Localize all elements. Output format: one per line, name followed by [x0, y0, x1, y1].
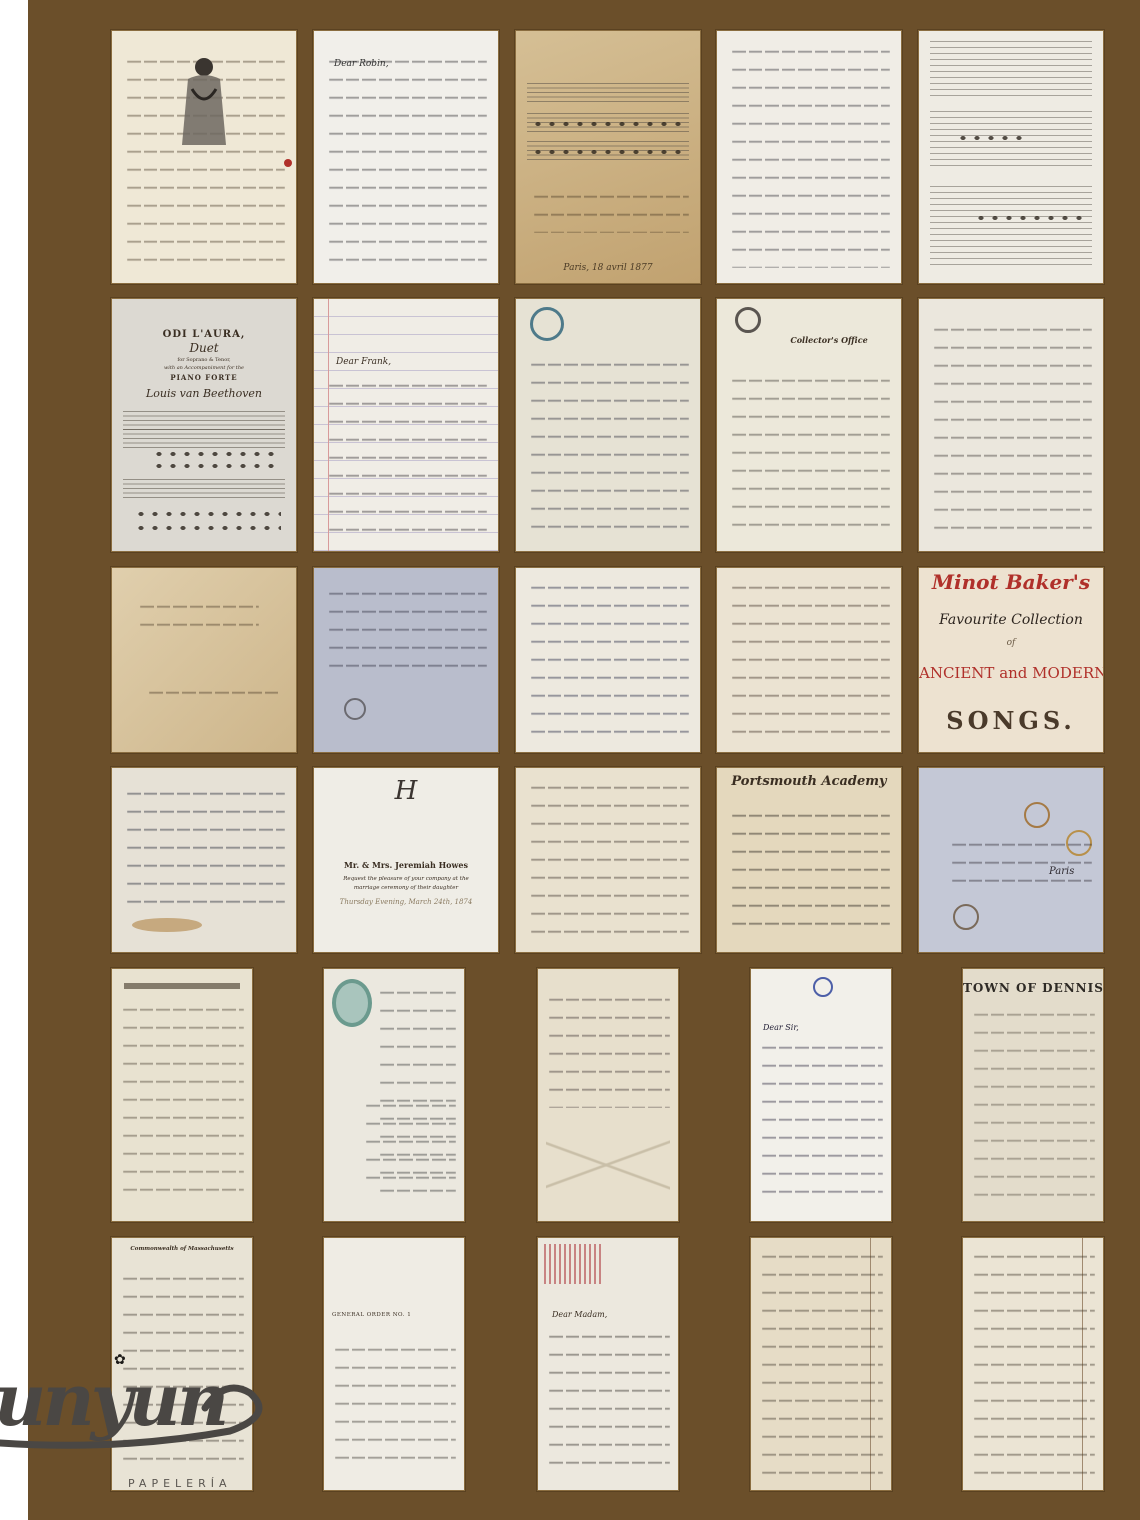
handwriting — [762, 1037, 882, 1206]
stain — [132, 918, 202, 932]
card-portsmouth-academy[interactable]: Portsmouth Academy — [716, 767, 902, 953]
blue-seal-icon — [813, 977, 833, 997]
cover-subtitle: Duet — [112, 341, 296, 355]
music-staff — [930, 41, 1092, 101]
card-letter-dear-frank[interactable]: Dear Frank, — [313, 298, 499, 552]
handwriting — [549, 989, 669, 1107]
card-letter[interactable] — [716, 30, 902, 284]
card-songs-title-page[interactable]: Minot Baker's Favourite Collection of AN… — [918, 567, 1104, 753]
card-verse[interactable] — [515, 767, 701, 953]
handwriting — [549, 1326, 669, 1475]
card-letter[interactable] — [515, 567, 701, 753]
card-music-manuscript[interactable]: Paris, 18 avril 1877 — [515, 30, 701, 284]
music-notes — [956, 131, 1030, 145]
handwriting — [329, 375, 487, 536]
letter-salutation: Dear Frank, — [336, 357, 498, 367]
invitation-line-2: marriage ceremony of their daughter — [314, 885, 498, 891]
handwriting — [531, 577, 689, 741]
red-letterhead-icon — [544, 1244, 602, 1284]
handwriting — [140, 596, 260, 642]
invitation-names: Mr. & Mrs. Jeremiah Howes — [314, 860, 498, 870]
letterhead-title: Collector's Office — [757, 335, 901, 345]
music-staff — [123, 479, 285, 501]
handwriting — [531, 777, 689, 941]
card-envelope-green-stamp[interactable] — [323, 968, 465, 1222]
brand-logo: unyun PAPELERÍA — [0, 1355, 300, 1485]
handwriting — [534, 186, 689, 233]
card-envelope[interactable] — [537, 968, 679, 1222]
newspaper-title: TOWN OF DENNIS. — [963, 981, 1103, 995]
card-ledger[interactable] — [750, 1237, 892, 1491]
blue-seal-icon — [530, 307, 564, 341]
envelope-flap — [546, 1119, 670, 1211]
card-town-of-dennis[interactable]: TOWN OF DENNIS. — [962, 968, 1104, 1222]
title-line-3: of — [919, 638, 1103, 648]
handwriting — [329, 583, 487, 679]
handwriting — [732, 577, 890, 741]
ledger-entries — [974, 1246, 1094, 1483]
music-notes — [974, 211, 1084, 225]
signature-date: Paris, 18 avril 1877 — [516, 263, 700, 273]
invitation-line-1: Request the pleasure of your company at … — [314, 876, 498, 882]
card-letter[interactable] — [716, 567, 902, 753]
handwriting — [732, 805, 890, 941]
postmark-icon — [953, 904, 979, 930]
letter-salutation: Dear Sir, — [763, 1023, 891, 1032]
card-envelope-postmarks[interactable]: Paris — [918, 767, 1104, 953]
cover-composer: Louis van Beethoven — [112, 387, 296, 400]
music-notes — [134, 521, 281, 535]
card-orchestral-score[interactable] — [918, 30, 1104, 284]
card-letter-dear-sir[interactable]: Dear Sir, — [750, 968, 892, 1222]
card-letter-blue[interactable] — [313, 567, 499, 753]
handwriting — [732, 41, 890, 268]
cover-line-1: for Soprano & Tenor, — [112, 357, 296, 363]
title-line-5: SONGS. — [919, 706, 1103, 735]
music-staff — [930, 186, 1092, 266]
handwriting — [531, 354, 689, 535]
handwriting — [934, 319, 1092, 536]
card-envelope-aged[interactable] — [111, 567, 297, 753]
card-letterhead-seal[interactable] — [515, 298, 701, 552]
printed-text — [335, 1339, 455, 1460]
letter-salutation: Dear Madam, — [552, 1310, 678, 1319]
cover-line-3: PIANO FORTE — [112, 373, 296, 382]
title-line-1: Minot Baker's — [919, 570, 1103, 594]
card-sheet-music-cover[interactable]: ODI L'AURA, Duet for Soprano & Tenor, wi… — [111, 298, 297, 552]
manuscript-heading: Portsmouth Academy — [717, 774, 901, 789]
card-document[interactable] — [111, 968, 253, 1222]
handwriting — [732, 370, 890, 536]
handwriting — [123, 999, 243, 1206]
seal-icon — [735, 307, 761, 333]
card-letter[interactable] — [918, 298, 1104, 552]
postmark-icon — [344, 698, 366, 720]
music-notes — [531, 117, 686, 131]
card-poem[interactable] — [111, 767, 297, 953]
card-letter-dear-madam[interactable]: Dear Madam, — [537, 1237, 679, 1491]
logo-script: unyun — [0, 1357, 225, 1442]
music-notes — [531, 145, 686, 159]
ledger-entries — [762, 1246, 882, 1475]
card-general-order[interactable]: GENERAL ORDER NO. 1 — [323, 1237, 465, 1491]
card-ledger[interactable] — [962, 1237, 1104, 1491]
handwriting — [149, 682, 281, 700]
music-notes — [152, 459, 281, 473]
card-letter-dear-robin[interactable]: Dear Robin, — [313, 30, 499, 284]
green-stamp-icon — [332, 979, 372, 1027]
handwriting — [329, 51, 487, 268]
cover-line-2: with an Accompaniment for the — [112, 365, 296, 371]
red-seal-dot — [284, 159, 292, 167]
music-staff — [527, 83, 689, 105]
envelope-address-city: Paris — [1049, 866, 1103, 877]
order-title: GENERAL ORDER NO. 1 — [332, 1312, 464, 1318]
printed-columns — [974, 1004, 1094, 1206]
card-wedding-invitation[interactable]: H Mr. & Mrs. Jeremiah Howes Request the … — [313, 767, 499, 953]
engraved-figure-icon — [174, 49, 234, 149]
notice-title: Commonwealth of Massachusetts — [112, 1246, 252, 1252]
title-line-4: ANCIENT and MODERN — [919, 664, 1103, 682]
handwriting — [366, 1095, 456, 1191]
flower-ornament-icon: ✿ — [114, 1352, 126, 1368]
card-letter-illustrated[interactable] — [111, 30, 297, 284]
music-notes — [134, 507, 281, 521]
title-line-2: Favourite Collection — [919, 612, 1103, 628]
card-collectors-office[interactable]: Collector's Office — [716, 298, 902, 552]
logo-subtitle: PAPELERÍA — [128, 1477, 232, 1490]
cover-title: ODI L'AURA, — [112, 329, 296, 340]
postmark-icon — [1024, 802, 1050, 828]
invitation-date: Thursday Evening, March 24th, 1874 — [314, 898, 498, 906]
letter-salutation: Dear Robin, — [334, 59, 498, 69]
monogram: H — [314, 776, 498, 806]
handwriting — [127, 783, 285, 912]
document-heading-bar — [124, 983, 240, 989]
